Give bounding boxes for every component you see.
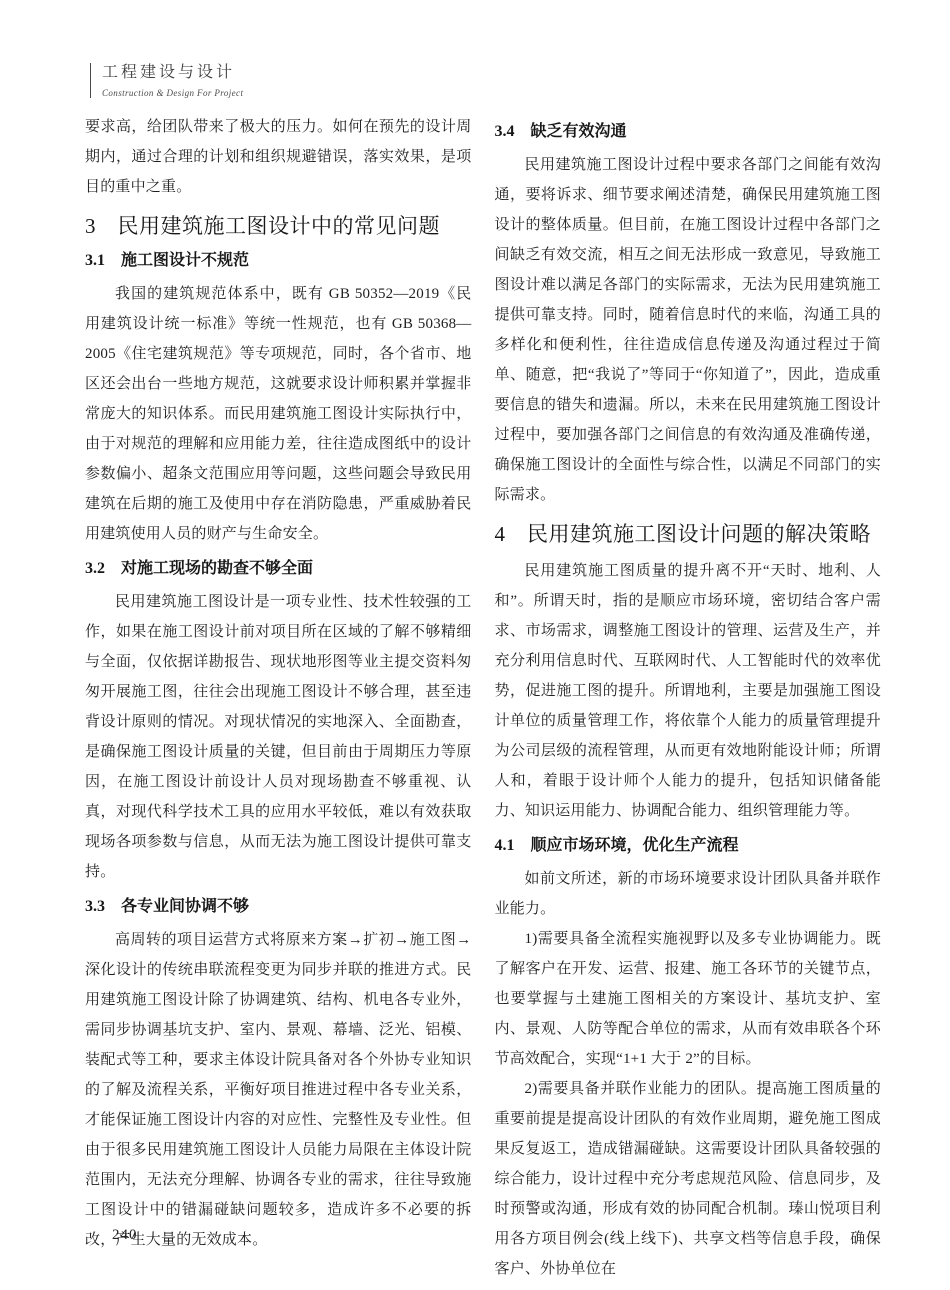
paragraph: 2)需要具备并联作业能力的团队。提高施工图质量的重要前提是提高设计团队的有效作业… [495,1074,882,1284]
header-vertical-divider [90,63,91,98]
paragraph: 要求高，给团队带来了极大的压力。如何在预先的设计周期内，通过合理的计划和组织规避… [85,112,472,202]
paragraph: 高周转的项目运营方式将原来方案→扩初→施工图→深化设计的传统串联流程变更为同步并… [85,925,472,1255]
paragraph: 如前文所述，新的市场环境要求设计团队具备并联作业能力。 [495,864,882,924]
section-heading: 4 民用建筑施工图设计问题的解决策略 [495,519,882,549]
page-number: 240 [112,1227,138,1244]
column-left: 要求高，给团队带来了极大的压力。如何在预先的设计周期内，通过合理的计划和组织规避… [85,112,472,1284]
paragraph: 我国的建筑规范体系中，既有 GB 50352—2019《民用建筑设计统一标准》等… [85,279,472,549]
article-body: 要求高，给团队带来了极大的压力。如何在预先的设计周期内，通过合理的计划和组织规避… [85,112,881,1284]
journal-title-block: 工程建设与设计 Construction & Design For Projec… [102,63,243,98]
journal-title-en: Construction & Design For Project [102,88,243,98]
paragraph: 1)需要具备全流程实施视野以及多专业协调能力。既了解客户在开发、运营、报建、施工… [495,924,882,1074]
subsection-heading: 3.1 施工图设计不规范 [85,248,472,274]
journal-page: 工程建设与设计 Construction & Design For Projec… [0,0,950,1290]
subsection-heading: 3.2 对施工现场的勘查不够全面 [85,556,472,582]
subsection-heading: 4.1 顺应市场环境，优化生产流程 [495,833,882,859]
subsection-heading: 3.4 缺乏有效沟通 [495,119,882,145]
paragraph: 民用建筑施工图设计是一项专业性、技术性较强的工作，如果在施工图设计前对项目所在区… [85,587,472,887]
paragraph: 民用建筑施工图质量的提升离不开“天时、地利、人和”。所谓天时，指的是顺应市场环境… [495,556,882,826]
journal-header: 工程建设与设计 Construction & Design For Projec… [90,63,243,98]
column-right: 3.4 缺乏有效沟通民用建筑施工图设计过程中要求各部门之间能有效沟通，要将诉求、… [495,112,882,1284]
section-heading: 3 民用建筑施工图设计中的常见问题 [85,211,472,241]
subsection-heading: 3.3 各专业间协调不够 [85,894,472,920]
paragraph: 民用建筑施工图设计过程中要求各部门之间能有效沟通，要将诉求、细节要求阐述清楚，确… [495,150,882,510]
journal-title-cn: 工程建设与设计 [102,63,243,83]
